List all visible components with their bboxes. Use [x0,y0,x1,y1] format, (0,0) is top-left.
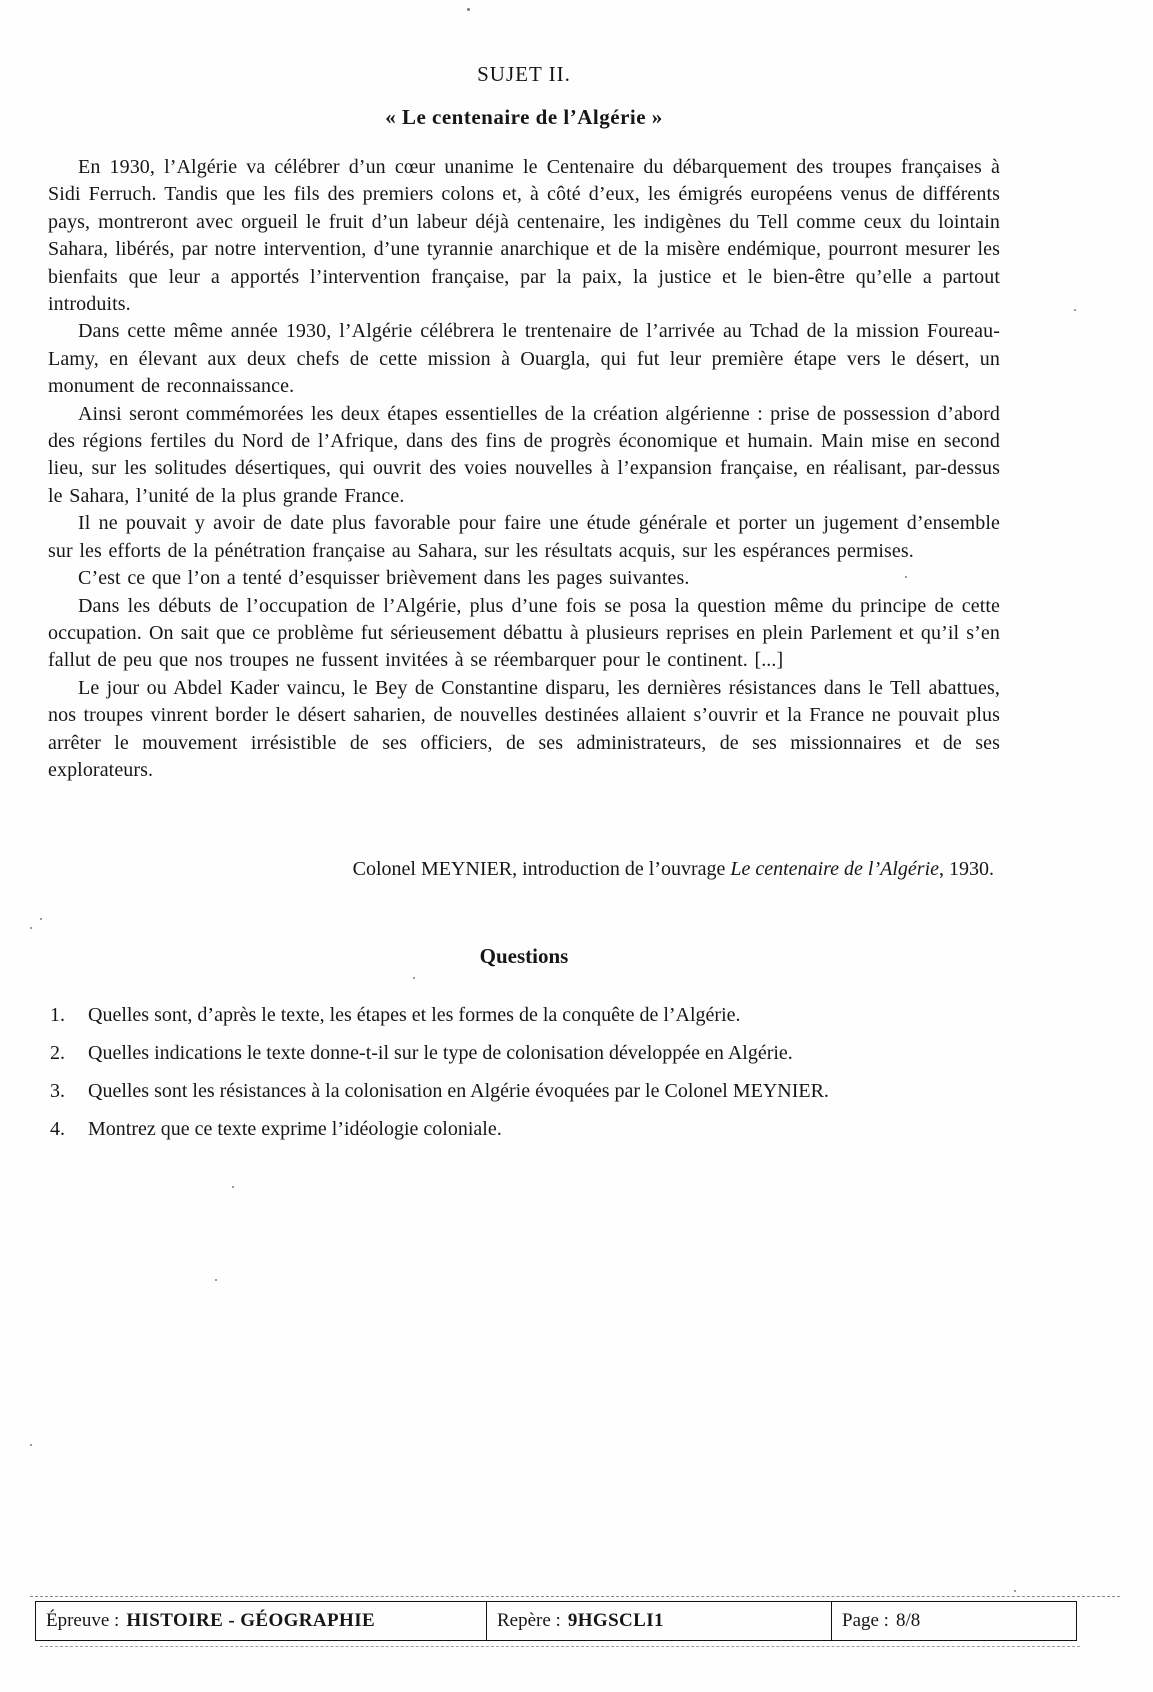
attribution-line: Colonel MEYNIER, introduction de l’ouvra… [48,858,1000,881]
paragraph-4: Il ne pouvait y avoir de date plus favor… [48,510,1000,565]
question-item-2: 2. Quelles indications le texte donne-t-… [48,1040,1000,1067]
footer-cell-epreuve: Épreuve : HISTOIRE - GÉOGRAPHIE [36,1602,486,1640]
paragraph-5: C’est ce que l’on a tenté d’esquisser br… [48,565,1000,592]
paragraph-6: Dans les débuts de l’occupation de l’Alg… [48,593,1000,675]
scan-speck [30,1444,32,1446]
page-label: Page : [842,1610,889,1632]
scan-speck [215,1279,217,1281]
attribution-suffix: , 1930. [939,858,994,880]
scan-artifact-line [40,1646,1080,1647]
source-text-block: En 1930, l’Algérie va célébrer d’un cœur… [48,154,1000,784]
question-number: 3. [48,1078,88,1105]
question-number: 1. [48,1002,88,1029]
scan-speck [232,1186,234,1188]
questions-list: 1. Quelles sont, d’après le texte, les é… [48,1002,1000,1154]
scan-speck [40,918,42,920]
question-text: Quelles indications le texte donne-t-il … [88,1040,1000,1067]
scan-speck [413,977,415,979]
scan-speck [1074,309,1076,311]
questions-heading: Questions [48,944,1000,969]
scan-speck [30,927,32,929]
repere-label: Repère : [497,1610,561,1632]
question-number: 4. [48,1116,88,1143]
footer-cell-repere: Repère : 9HGSCLI1 [486,1602,831,1640]
attribution-work-title: Le centenaire de l’Algérie [730,858,939,880]
footer-cell-page: Page : 8/8 [831,1602,1076,1640]
repere-value: 9HGSCLI1 [568,1610,664,1632]
scan-artifact-line [30,1596,1120,1597]
epreuve-label: Épreuve : [46,1610,119,1632]
paragraph-3: Ainsi seront commémorées les deux étapes… [48,401,1000,511]
question-number: 2. [48,1040,88,1067]
paragraph-7: Le jour ou Abdel Kader vaincu, le Bey de… [48,675,1000,785]
question-item-4: 4. Montrez que ce texte exprime l’idéolo… [48,1116,1000,1143]
paragraph-2: Dans cette même année 1930, l’Algérie cé… [48,318,1000,400]
question-text: Montrez que ce texte exprime l’idéologie… [88,1116,1000,1143]
scan-speck [905,576,907,578]
question-text: Quelles sont, d’après le texte, les étap… [88,1002,1000,1029]
question-item-3: 3. Quelles sont les résistances à la col… [48,1078,1000,1105]
document-title: « Le centenaire de l’Algérie » [48,105,1000,130]
question-item-1: 1. Quelles sont, d’après le texte, les é… [48,1002,1000,1029]
scan-speck [1014,1590,1016,1592]
epreuve-value: HISTOIRE - GÉOGRAPHIE [126,1610,375,1632]
document-page: SUJET II. « Le centenaire de l’Algérie »… [0,0,1153,1692]
paragraph-1: En 1930, l’Algérie va célébrer d’un cœur… [48,154,1000,318]
scan-speck [467,8,470,11]
question-text: Quelles sont les résistances à la coloni… [88,1078,1000,1105]
subject-title: SUJET II. [48,62,1000,87]
footer-table: Épreuve : HISTOIRE - GÉOGRAPHIE Repère :… [35,1601,1077,1641]
page-value: 8/8 [896,1610,920,1632]
attribution-prefix: Colonel MEYNIER, introduction de l’ouvra… [353,858,731,880]
